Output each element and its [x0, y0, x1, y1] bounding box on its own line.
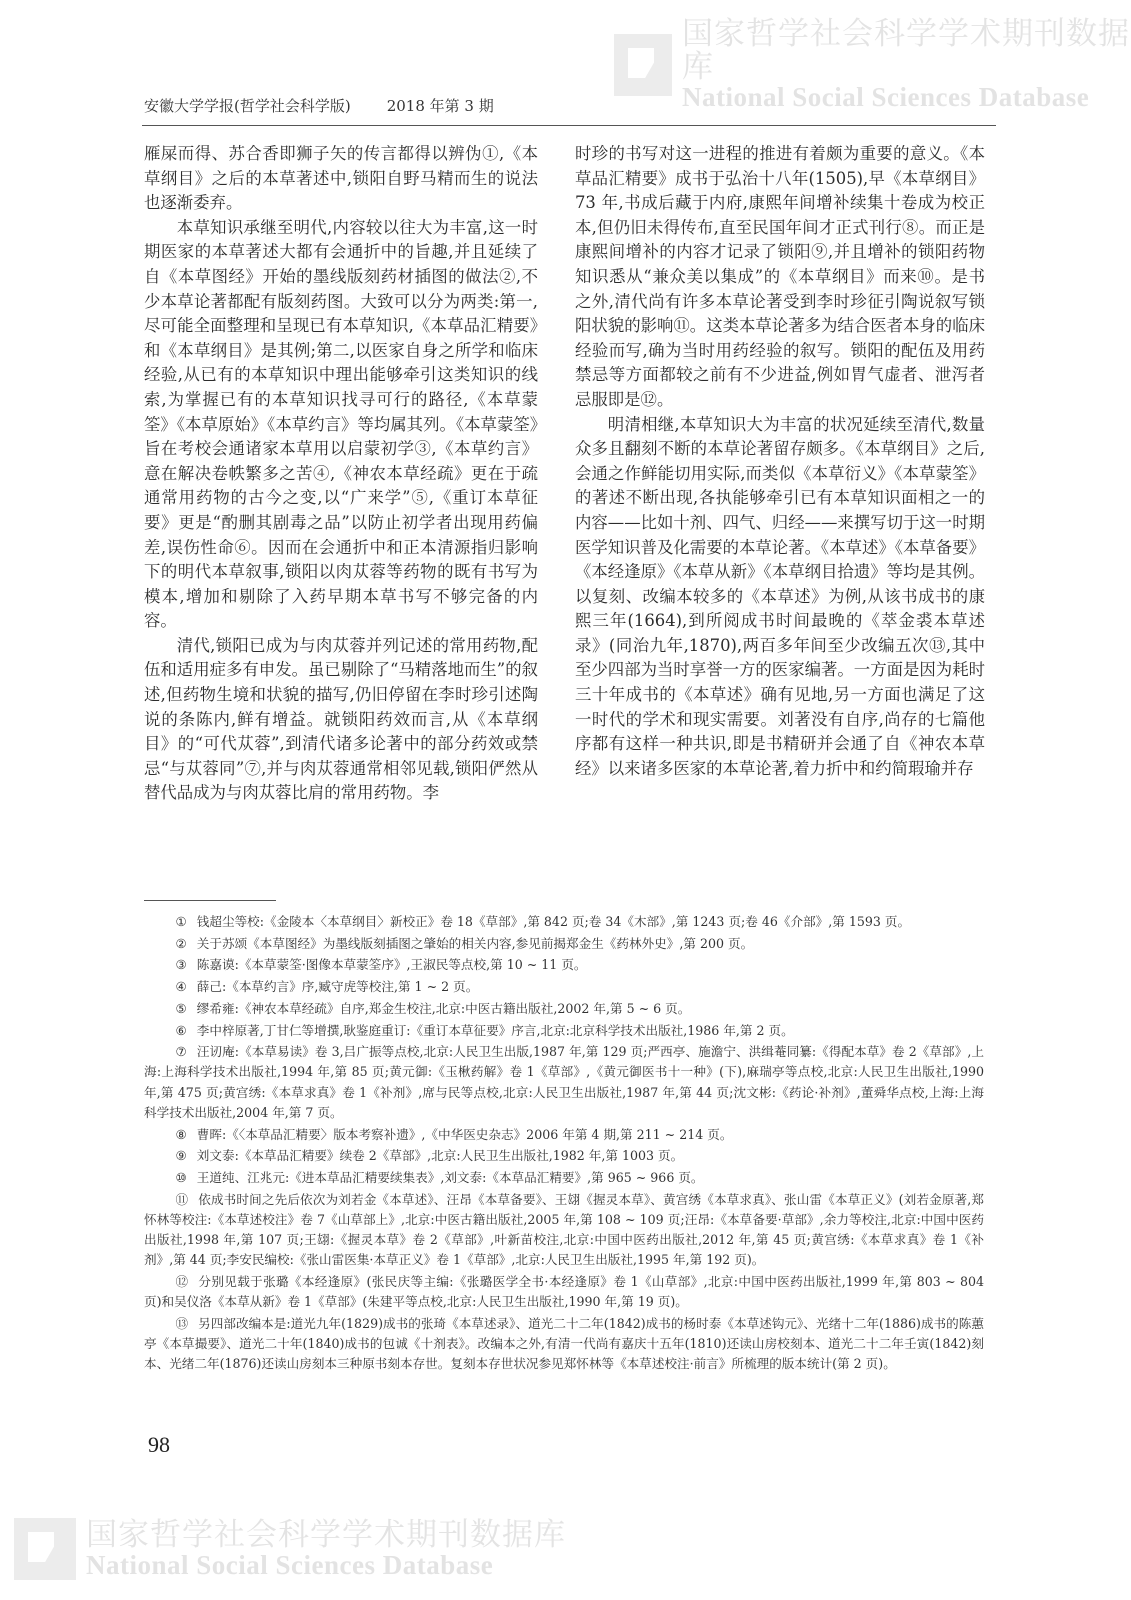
footnote-text: 另四部改编本是:道光九年(1829)成书的张琦《本草述录》、道光二十二年(184…	[144, 1316, 984, 1371]
watermark-en: National Social Sciences Database	[682, 83, 1131, 111]
footnote-mark: ⑬	[176, 1314, 189, 1334]
footnote-mark: ④	[176, 977, 187, 997]
footnote-text: 关于苏颂《本草图经》为墨线版刻插图之肇始的相关内容,参见前揭郑金生《药林外史》,…	[197, 936, 753, 951]
paragraph: 清代,锁阳已成为与肉苁蓉并列记述的常用药物,配伍和适用症多有申发。虽已剔除了“马…	[144, 634, 538, 806]
footnote-rule	[144, 900, 276, 901]
journal-title: 安徽大学学报(哲学社会科学版)	[144, 97, 351, 115]
footnote-text: 陈嘉谟:《本草蒙筌·图像本草蒙筌序》,王淑民等点校,第 10 ~ 11 页。	[197, 957, 587, 972]
footnote: ⑫分别见载于张璐《本经逢原》(张民庆等主编:《张璐医学全书·本经逢原》卷 1《山…	[144, 1272, 984, 1312]
issue-label: 2018 年第 3 期	[387, 97, 494, 115]
footnote-text: 刘文泰:《本草品汇精要》续卷 2《草部》,北京:人民卫生出版社,1982 年,第…	[197, 1148, 683, 1163]
footnote-text: 分别见载于张璐《本经逢原》(张民庆等主编:《张璐医学全书·本经逢原》卷 1《山草…	[144, 1274, 984, 1309]
footnote: ④薛己:《本草约言》序,臧守虎等校注,第 1 ~ 2 页。	[144, 977, 984, 997]
running-header: 安徽大学学报(哲学社会科学版)2018 年第 3 期	[144, 95, 494, 116]
footnote-text: 缪希雍:《神农本草经疏》自序,郑金生校注,北京:中医古籍出版社,2002 年,第…	[197, 1001, 691, 1016]
footnote-mark: ⑫	[176, 1272, 189, 1292]
footnote: ①钱超尘等校:《金陵本〈本草纲目〉新校正》卷 18《草部》,第 842 页;卷 …	[144, 912, 984, 932]
footnote-mark: ⑧	[176, 1125, 187, 1145]
footnote-mark: ②	[176, 934, 187, 954]
header-rule	[142, 125, 996, 126]
footnote: ⑪依成书时间之先后依次为刘若金《本草述》、汪昂《本草备要》、王翃《握灵本草》、黄…	[144, 1190, 984, 1271]
footnote-mark: ⑩	[176, 1168, 187, 1188]
database-logo-icon	[14, 1518, 76, 1580]
footnote: ⑤缪希雍:《神农本草经疏》自序,郑金生校注,北京:中医古籍出版社,2002 年,…	[144, 999, 984, 1019]
footnote-text: 薛己:《本草约言》序,臧守虎等校注,第 1 ~ 2 页。	[197, 979, 479, 994]
footnote-text: 王道纯、江兆元:《进本草品汇精要续集表》,刘文泰:《本草品汇精要》,第 965 …	[197, 1170, 704, 1185]
watermark-bottom: 国家哲学社会科学学术期刊数据库 National Social Sciences…	[14, 1518, 566, 1580]
footnote-text: 汪讱庵:《本草易读》卷 3,吕广振等点校,北京:人民卫生出版,1987 年,第 …	[144, 1044, 984, 1120]
paragraph: 时珍的书写对这一进程的推进有着颇为重要的意义。《本草品汇精要》成书于弘治十八年(…	[575, 142, 985, 413]
paragraph: 雁屎而得、苏合香即狮子矢的传言都得以辨伪①,《本草纲目》之后的本草著述中,锁阳自…	[144, 142, 538, 216]
footnote-mark: ⑤	[176, 999, 187, 1019]
footnote-text: 曹晖:《〈本草品汇精要〉版本考察补遗》,《中华医史杂志》2006 年第 4 期,…	[197, 1127, 733, 1142]
footnote-mark: ③	[176, 955, 187, 975]
footnote-text: 依成书时间之先后依次为刘若金《本草述》、汪昂《本草备要》、王翃《握灵本草》、黄宫…	[144, 1192, 984, 1268]
left-column: 雁屎而得、苏合香即狮子矢的传言都得以辨伪①,《本草纲目》之后的本草著述中,锁阳自…	[144, 142, 538, 806]
footnote: ⑨刘文泰:《本草品汇精要》续卷 2《草部》,北京:人民卫生出版社,1982 年,…	[144, 1146, 984, 1166]
footnote-text: 李中梓原著,丁甘仁等增撰,耿鉴庭重订:《重订本草征要》序言,北京:北京科学技术出…	[197, 1023, 794, 1038]
footnote: ⑦汪讱庵:《本草易读》卷 3,吕广振等点校,北京:人民卫生出版,1987 年,第…	[144, 1042, 984, 1123]
footnotes: ①钱超尘等校:《金陵本〈本草纲目〉新校正》卷 18《草部》,第 842 页;卷 …	[144, 912, 984, 1376]
watermark-cn: 国家哲学社会科学学术期刊数据库	[86, 1519, 566, 1552]
footnote: ⑬另四部改编本是:道光九年(1829)成书的张琦《本草述录》、道光二十二年(18…	[144, 1314, 984, 1375]
footnote: ③陈嘉谟:《本草蒙筌·图像本草蒙筌序》,王淑民等点校,第 10 ~ 11 页。	[144, 955, 984, 975]
watermark-top: 国家哲学社会科学学术期刊数据库 National Social Sciences…	[614, 18, 1131, 111]
watermark-en: National Social Sciences Database	[86, 1551, 566, 1579]
footnote: ②关于苏颂《本草图经》为墨线版刻插图之肇始的相关内容,参见前揭郑金生《药林外史》…	[144, 934, 984, 954]
footnote-mark: ⑥	[176, 1021, 187, 1041]
right-column: 时珍的书写对这一进程的推进有着颇为重要的意义。《本草品汇精要》成书于弘治十八年(…	[575, 142, 985, 781]
paragraph: 本草知识承继至明代,内容较以往大为丰富,这一时期医家的本草著述大都有会通折中的旨…	[144, 216, 538, 634]
footnote-text: 钱超尘等校:《金陵本〈本草纲目〉新校正》卷 18《草部》,第 842 页;卷 3…	[197, 914, 910, 929]
footnote: ⑧曹晖:《〈本草品汇精要〉版本考察补遗》,《中华医史杂志》2006 年第 4 期…	[144, 1125, 984, 1145]
page-number: 98	[148, 1432, 170, 1458]
footnote: ⑩王道纯、江兆元:《进本草品汇精要续集表》,刘文泰:《本草品汇精要》,第 965…	[144, 1168, 984, 1188]
footnote-mark: ①	[176, 912, 187, 932]
footnote-mark: ⑨	[176, 1146, 187, 1166]
paragraph: 明清相继,本草知识大为丰富的状况延续至清代,数量众多且翻刻不断的本草论著留存颇多…	[575, 413, 985, 782]
database-logo-icon	[614, 34, 672, 96]
footnote: ⑥李中梓原著,丁甘仁等增撰,耿鉴庭重订:《重订本草征要》序言,北京:北京科学技术…	[144, 1021, 984, 1041]
watermark-cn: 国家哲学社会科学学术期刊数据库	[682, 18, 1131, 83]
footnote-mark: ⑪	[176, 1190, 189, 1210]
footnote-mark: ⑦	[176, 1042, 187, 1062]
